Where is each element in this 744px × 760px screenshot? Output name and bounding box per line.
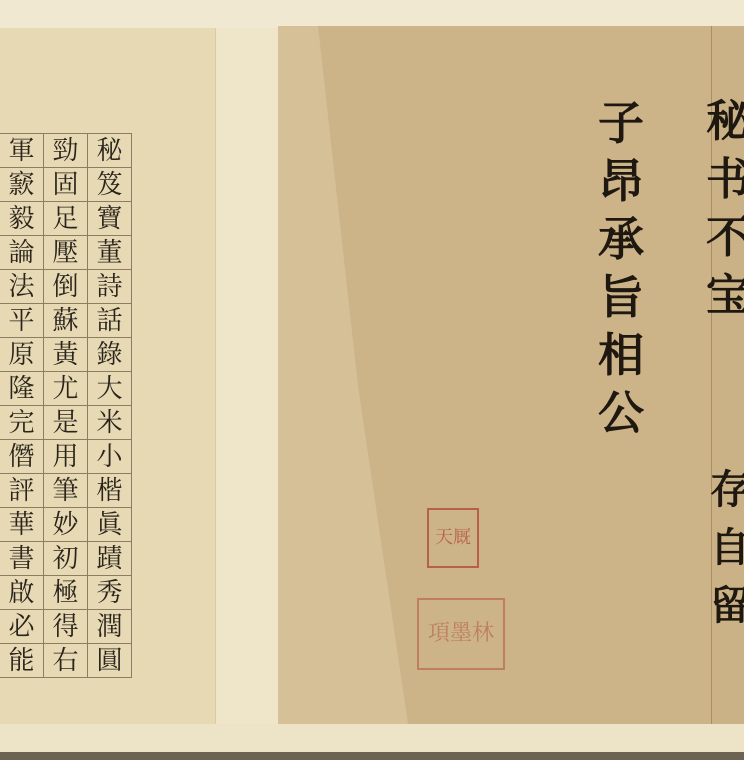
grid-cell: 必	[0, 610, 43, 644]
grid-cell: 大	[87, 372, 131, 406]
grid-cell: 眞	[87, 508, 131, 542]
grid-cell: 完	[0, 406, 43, 440]
grid-cell: 秀	[87, 576, 131, 610]
grid-cell: 笈	[87, 168, 131, 202]
calligraphy-main-column: 子 昂 承 旨 相 公	[598, 100, 644, 448]
calligraphy-char: 存	[710, 470, 744, 528]
grid-cell: 法	[0, 270, 43, 304]
grid-cell: 勁	[43, 134, 87, 168]
grid-column-right: 秘 笈 寶 董 詩 話 錄 大 米 小 楷 眞 蹟 秀 潤 圓	[87, 134, 131, 678]
calligraphy-char: 公	[598, 390, 644, 448]
calligraphy-char: 留	[710, 586, 744, 644]
transcription-grid: 軍 窾 毅 論 法 平 原 隆 完 僭 評 華 書 啟 必 能 勁 固 足 壓 …	[0, 133, 132, 678]
grid-cell: 足	[43, 202, 87, 236]
grid-cell: 小	[87, 440, 131, 474]
red-seal-small: 天厩	[427, 508, 479, 568]
grid-cell: 楷	[87, 474, 131, 508]
calligraphy-char: 自	[710, 528, 744, 586]
calligraphy-char: 相	[598, 332, 644, 390]
grid-cell: 黃	[43, 338, 87, 372]
grid-cell: 評	[0, 474, 43, 508]
grid-cell: 窾	[0, 168, 43, 202]
grid-cell: 書	[0, 542, 43, 576]
grid-cell: 能	[0, 644, 43, 678]
grid-cell: 僭	[0, 440, 43, 474]
calligraphy-char: 昂	[598, 158, 644, 216]
grid-cell: 話	[87, 304, 131, 338]
grid-cell: 隆	[0, 372, 43, 406]
grid-cell: 啟	[0, 576, 43, 610]
grid-cell: 秘	[87, 134, 131, 168]
grid-cell: 華	[0, 508, 43, 542]
grid-cell: 蘇	[43, 304, 87, 338]
calligraphy-edge-column-bottom: 存 自 留	[710, 470, 744, 644]
grid-cell: 軍	[0, 134, 43, 168]
grid-cell: 米	[87, 406, 131, 440]
grid-cell: 潤	[87, 610, 131, 644]
grid-cell: 蹟	[87, 542, 131, 576]
grid-cell: 毅	[0, 202, 43, 236]
grid-cell: 董	[87, 236, 131, 270]
calligraphy-char: 宝	[706, 274, 744, 332]
grid-cell: 用	[43, 440, 87, 474]
grid-cell: 寶	[87, 202, 131, 236]
grid-cell: 極	[43, 576, 87, 610]
grid-cell: 圓	[87, 644, 131, 678]
grid-cell: 是	[43, 406, 87, 440]
grid-column-middle: 勁 固 足 壓 倒 蘇 黃 尤 是 用 筆 妙 初 極 得 右	[43, 134, 87, 678]
calligraphy-edge-column-top: 秘 书 不 宝	[706, 100, 744, 332]
grid-cell: 論	[0, 236, 43, 270]
grid-cell: 右	[43, 644, 87, 678]
grid-cell: 初	[43, 542, 87, 576]
scroll-mount-gap	[216, 28, 278, 724]
grid-cell: 壓	[43, 236, 87, 270]
scroll-bottom-edge	[0, 752, 744, 760]
calligraphy-char: 旨	[598, 274, 644, 332]
grid-cell: 尤	[43, 372, 87, 406]
grid-cell: 錄	[87, 338, 131, 372]
grid-cell: 得	[43, 610, 87, 644]
grid-cell: 筆	[43, 474, 87, 508]
calligraphy-char: 承	[598, 216, 644, 274]
grid-cell: 倒	[43, 270, 87, 304]
scroll-mount-top	[0, 0, 744, 28]
calligraphy-char: 书	[706, 158, 744, 216]
calligraphy-char: 子	[598, 100, 644, 158]
grid-cell: 詩	[87, 270, 131, 304]
calligraphy-char: 不	[706, 216, 744, 274]
grid-column-left: 軍 窾 毅 論 法 平 原 隆 完 僭 評 華 書 啟 必 能	[0, 134, 43, 678]
grid-cell: 平	[0, 304, 43, 338]
grid-cell: 妙	[43, 508, 87, 542]
red-seal-large: 項墨林	[417, 598, 505, 670]
calligraphy-char: 秘	[706, 100, 744, 158]
grid-cell: 原	[0, 338, 43, 372]
grid-cell: 固	[43, 168, 87, 202]
